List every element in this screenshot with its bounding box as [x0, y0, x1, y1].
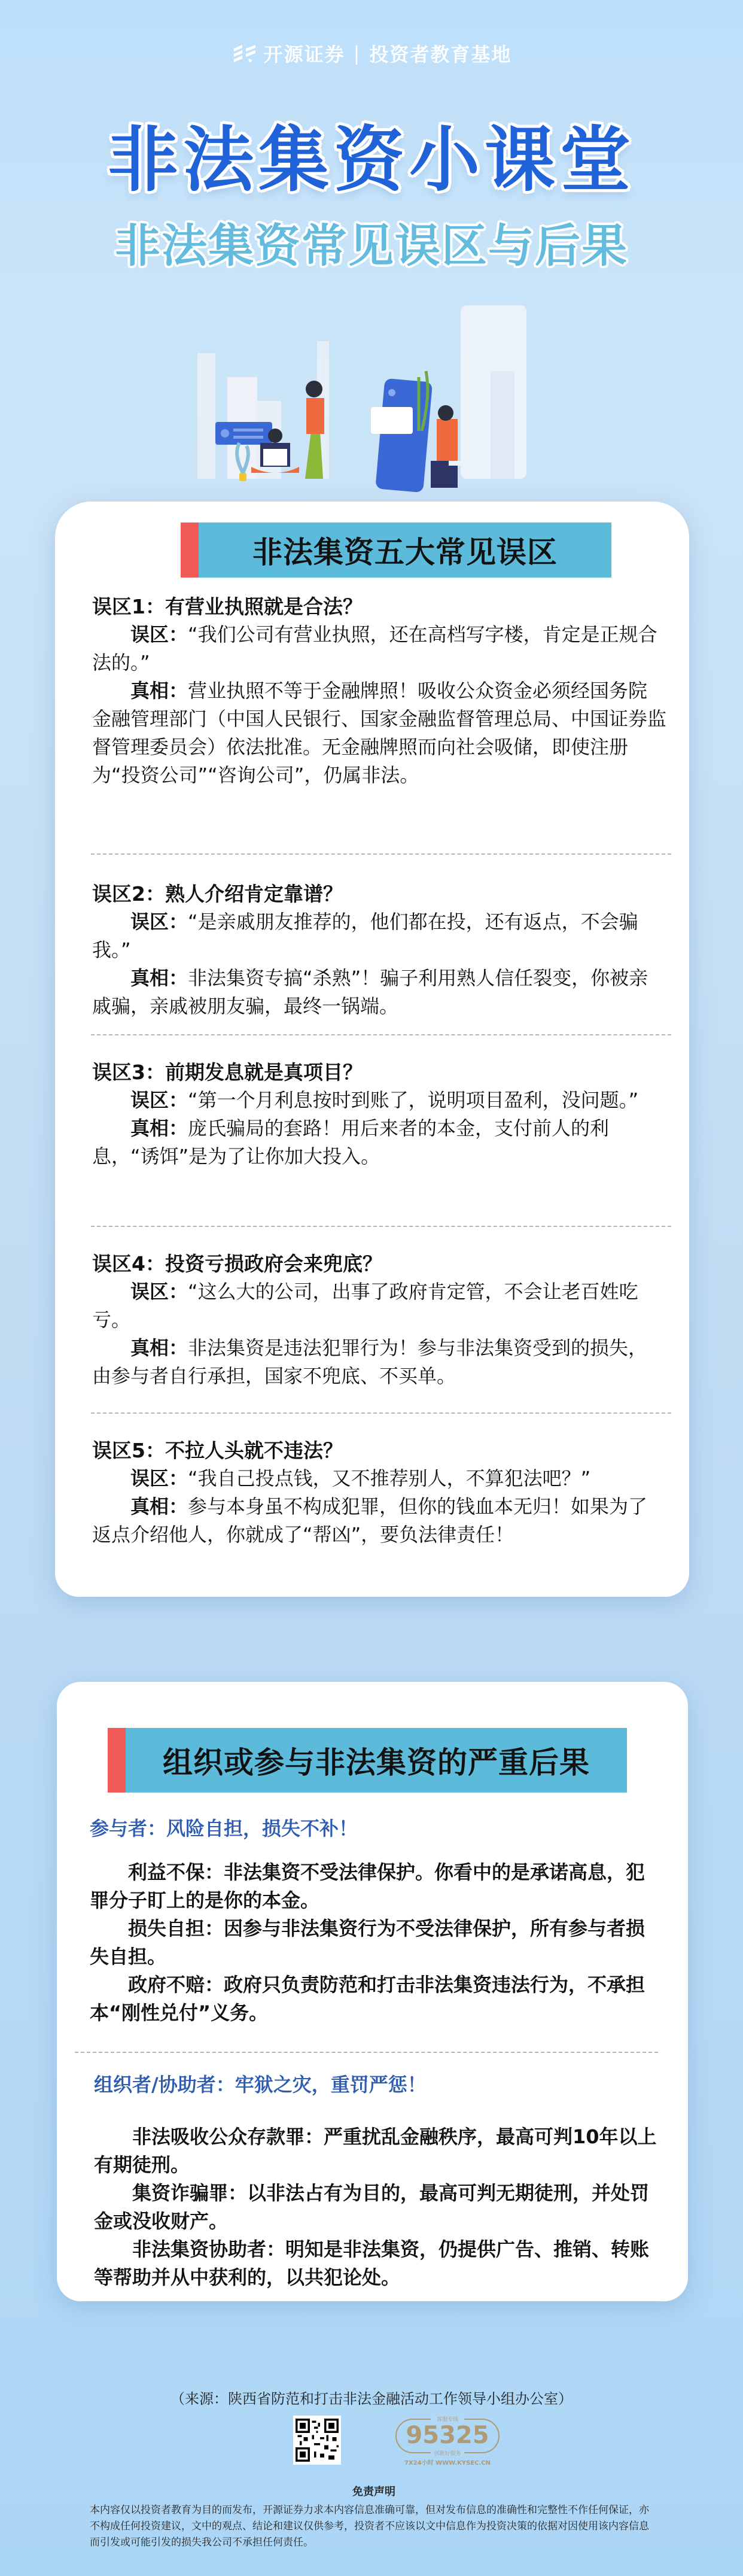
qr-code-icon[interactable]	[293, 2416, 341, 2465]
myth-question: 误区4：投资亏损政府会来兜底？	[92, 1250, 666, 1278]
office-people-illustration	[179, 281, 562, 503]
myth-question: 误区2：熟人介绍肯定靠谱？	[92, 880, 666, 908]
hotline-bottom-label: 创新好服务	[394, 2449, 501, 2457]
myth-question: 误区3：前期发息就是真项目？	[92, 1058, 666, 1086]
brand-name: 开源证券	[264, 40, 345, 67]
myth-item-2: 误区2：熟人介绍肯定靠谱？ 误区：“是亲戚朋友推荐的，他们都在投，还有返点，不会…	[92, 880, 666, 1020]
hotline-badge: 客服专线 95325 创新好服务 7X24小时 WWW.KYSEC.CN	[394, 2414, 501, 2462]
section-header-myths: 非法集资五大常见误区	[181, 523, 611, 578]
consequences-card: 组织或参与非法集资的严重后果 参与者：风险自担，损失不补！ 利益不保：非法集资不…	[57, 1682, 688, 2301]
page-title: 非法集资小课堂	[0, 103, 743, 205]
divider	[91, 1034, 671, 1035]
organizer-group: 组织者/协助者：牢狱之灾，重罚严惩！ 非法吸收公众存款罪：严重扰乱金融秩序，最高…	[94, 2071, 668, 2292]
hotline-number[interactable]: 95325	[394, 2422, 501, 2449]
myth-question: 误区1：有营业执照就是合法？	[92, 593, 666, 621]
brand-separator: |	[354, 42, 361, 65]
myth-question: 误区5：不拉人头就不违法？	[92, 1436, 666, 1465]
divider	[91, 853, 671, 855]
hotline-site[interactable]: 7X24小时 WWW.KYSEC.CN	[394, 2457, 501, 2466]
myth-item-1: 误区1：有营业执照就是合法？ 误区：“我们公司有营业执照，还在高档写字楼，肯定是…	[92, 593, 666, 789]
kysec-logo-icon	[232, 42, 258, 64]
myth-item-5: 误区5：不拉人头就不违法？ 误区：“我自己投点钱，又不推荐别人，不算犯法吧？” …	[92, 1436, 666, 1549]
disclaimer-title: 免责声明	[90, 2484, 658, 2500]
divider	[91, 1226, 671, 1227]
myth-item-4: 误区4：投资亏损政府会来兜底？ 误区：“这么大的公司，出事了政府肯定管，不会让老…	[92, 1250, 666, 1390]
participant-group: 参与者：风险自担，损失不补！ 利益不保：非法集资不受法律保护。你看中的是承诺高息…	[90, 1815, 664, 2027]
section-header-consequences: 组织或参与非法集资的严重后果	[108, 1728, 627, 1793]
divider	[91, 1412, 671, 1414]
divider	[75, 2052, 658, 2053]
source-note: （来源：陕西省防范和打击非法金融活动工作领导小组办公室）	[0, 2387, 743, 2408]
myth-item-3: 误区3：前期发息就是真项目？ 误区：“第一个月利息按时到账了，说明项目盈利，没问…	[92, 1058, 666, 1171]
group-title: 组织者/协助者：牢狱之灾，重罚严惩！	[94, 2071, 668, 2099]
myths-card: 非法集资五大常见误区 误区1：有营业执照就是合法？ 误区：“我们公司有营业执照，…	[55, 502, 689, 1597]
page-subtitle: 非法集资常见误区与后果	[0, 209, 743, 275]
brand-tagline: 投资者教育基地	[369, 40, 511, 67]
brand-bar: 开源证券 | 投资者教育基地	[0, 40, 743, 67]
disclaimer: 免责声明 本内容仅以投资者教育为目的而发布，开源证券力求本内容信息准确可靠，但对…	[90, 2484, 658, 2551]
group-title: 参与者：风险自担，损失不补！	[90, 1815, 664, 1843]
disclaimer-text: 本内容仅以投资者教育为目的而发布，开源证券力求本内容信息准确可靠，但对发布信息的…	[90, 2502, 658, 2551]
